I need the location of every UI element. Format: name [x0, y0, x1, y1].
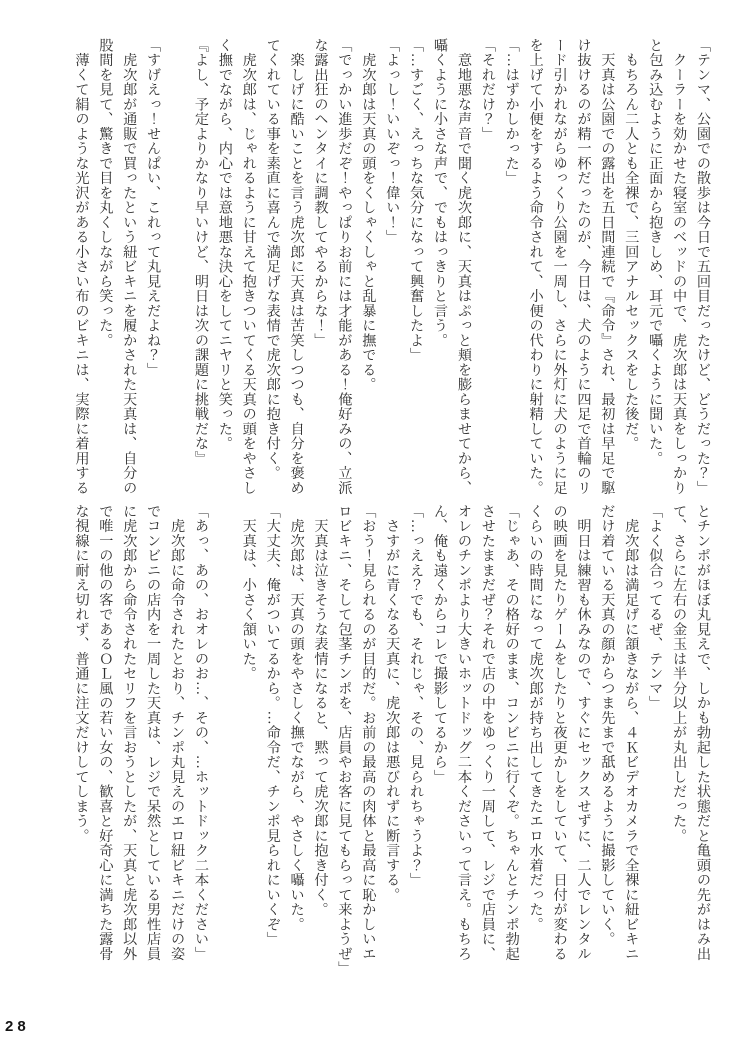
text-column: 明日は練習も休みなので、すぐにセックスせずに、二人でレンタル: [571, 504, 595, 976]
text-column: の映画を見たりゲームをしたりと夜更かしをしていて、日付が変わる: [547, 504, 571, 976]
text-column: く撫でながら、内心では意地悪な決心をしてニヤリと笑った。: [212, 38, 236, 495]
text-column: 楽しげに酷いことを言う虎次郎に天真は苦笑しつつも、自分を褒め: [284, 38, 308, 495]
text-column: 虎次郎は、天真の頭をやさしく撫でながら、やさしく囁いた。: [284, 504, 308, 976]
text-column: 囁くように小さな声で、でもはっきりと言う。: [427, 38, 451, 495]
text-column: 股間を見て、驚きで目を丸くしながら笑った。: [92, 38, 116, 495]
text-column: オレのチンポより大きいホットドッグ二本くださいって言え。もちろ: [451, 504, 475, 976]
text-column: 虎次郎が通販で買ったという紐ビキニを履かされた天真は、自分の: [116, 38, 140, 495]
text-column: 天真は公園での露出を五日間連続で『命令』され、最初は早足で駆: [594, 38, 618, 495]
text-column: と包み込むように正面から抱きしめ、耳元で囁くように聞いた。: [642, 38, 666, 495]
text-column: 「よく似合ってるぜ、テンマ」: [642, 504, 666, 976]
text-column: ード引かれながらゆっくり公園を一周し、さらに外灯に犬のように足: [547, 38, 571, 495]
text-column: 虎次郎は満足げに頷きながら、４Ｋビデオカメラで全裸に紐ビキニ: [618, 504, 642, 976]
text-column: け抜けるのが精一杯だったのが、今日は、犬のように四足で首輪のリ: [571, 38, 595, 495]
text-column: 天真は、小さく頷いた。: [236, 504, 260, 976]
text-column: とチンポがほぼ丸見えで、しかも勃起した状態だと亀頭の先がはみ出: [690, 504, 714, 976]
text-column: 「でっかい進歩だぞ！やっぱりお前には才能がある！俺好みの、立派: [332, 38, 356, 495]
text-column: 意地悪な声音で聞く虎次郎に、天真はぷっと頬を膨らませてから、: [451, 38, 475, 495]
text-column: 「大丈夫、俺がついてるから。…命令だ、チンポ見られにいくぞ」: [260, 504, 284, 976]
text-column: を上げて小便をするよう命令されて、小便の代わりに射精していた。: [523, 38, 547, 495]
top-text-block: 「テンマ、公園での散歩は今日で五回目だったけど、どうだった？」 クーラーを効かせ…: [69, 38, 714, 495]
text-column: 「じゃあ、その格好のまま、コンビニに行くぞ。ちゃんとチンポ勃起: [499, 504, 523, 976]
manga-text-page: 「テンマ、公園での散歩は今日で五回目だったけど、どうだった？」 クーラーを効かせ…: [0, 0, 736, 1039]
text-column: さすがに青くなる天真に、虎次郎は悪びれずに断言する。: [379, 504, 403, 976]
text-column: 薄くて絹のような光沢がある小さい布のビキニは、実際に着用する: [69, 38, 93, 495]
text-column: もちろん二人とも全裸で、三回アナルセックスをした後だ。: [618, 38, 642, 495]
text-column: な露出狂のヘンタイに調教してやるからな！」: [308, 38, 332, 495]
text-column: くらいの時間になって虎次郎が持ち出してきたエロ水着だった。: [523, 504, 547, 976]
text-column: [212, 504, 236, 976]
text-column: 「…はずかしかった」: [499, 38, 523, 495]
text-column: だけ着ている天真の顔からつま先まで舐めるように撮影していく。: [594, 504, 618, 976]
text-column: ロビキニ、そして包茎チンポを、店員やお客に見てもらって来ようぜ」: [332, 504, 356, 976]
text-column: 「テンマ、公園での散歩は今日で五回目だったけど、どうだった？」: [690, 38, 714, 495]
text-column: な視線に耐え切れず、普通に注文だけしてしまう。: [69, 504, 93, 976]
text-column: させたままだぜ？それで店の中をゆっくり一周して、レジで店員に、: [475, 504, 499, 976]
text-column: 『よし、予定よりかなり早いけど、明日は次の課題に挑戦だな』: [188, 38, 212, 495]
bottom-text-block: とチンポがほぼ丸見えで、しかも勃起した状態だと亀頭の先がはみ出て、さらに左右の金…: [69, 504, 714, 976]
page-number: 28: [5, 1018, 30, 1035]
text-column: 「…すごく、えっちな気分になって興奮したよ」: [403, 38, 427, 495]
text-column: で唯一の他の客であるＯＬ風の若い女の、歓喜と好奇心に満ちた露骨: [92, 504, 116, 976]
text-column: ん、俺も遠くからコレで撮影してるから」: [427, 504, 451, 976]
text-column: 「よっし！いいぞっ！偉い！」: [379, 38, 403, 495]
text-column: に虎次郎から命令されたセリフを言おうとしたが、天真と虎次郎以外: [116, 504, 140, 976]
text-column: でコンビニの店内を一周した天真は、レジで呆然としている男性店員: [140, 504, 164, 976]
text-column: 「あっ、あの、おオレのお…、その、…ホットドック二本ください」: [188, 504, 212, 976]
text-column: 「それだけ？」: [475, 38, 499, 495]
text-column: 虎次郎に命令されたとおり、チンポ丸見えのエロ紐ビキニだけの姿: [164, 504, 188, 976]
text-column: 天真は泣きそうな表情になると、黙って虎次郎に抱き付く。: [308, 504, 332, 976]
text-column: 虎次郎は、じゃれるように甘えて抱きついてくる天真の頭をやさし: [236, 38, 260, 495]
text-column: 「すげえっ！せんぱい、これって丸見えだよね？」: [140, 38, 164, 495]
scanned-page-body: { "page": { "number": "28", "language": …: [0, 0, 736, 1039]
text-column: 「おう！見られるのが目的だ。お前の最高の肉体と最高に恥かしいエ: [355, 504, 379, 976]
text-column: て、さらに左右の金玉は半分以上が丸出しだった。: [666, 504, 690, 976]
text-column: てくれている事を素直に喜んで満足げな表情で虎次郎に抱き付く。: [260, 38, 284, 495]
text-column: 「…っええ？でも、それじゃ、その、見られちゃうよ？」: [403, 504, 427, 976]
text-column: クーラーを効かせた寝室のベッドの中で、虎次郎は天真をしっかり: [666, 38, 690, 495]
text-column: [164, 38, 188, 495]
text-column: 虎次郎は天真の頭をくしゃくしゃと乱暴に撫でる。: [355, 38, 379, 495]
